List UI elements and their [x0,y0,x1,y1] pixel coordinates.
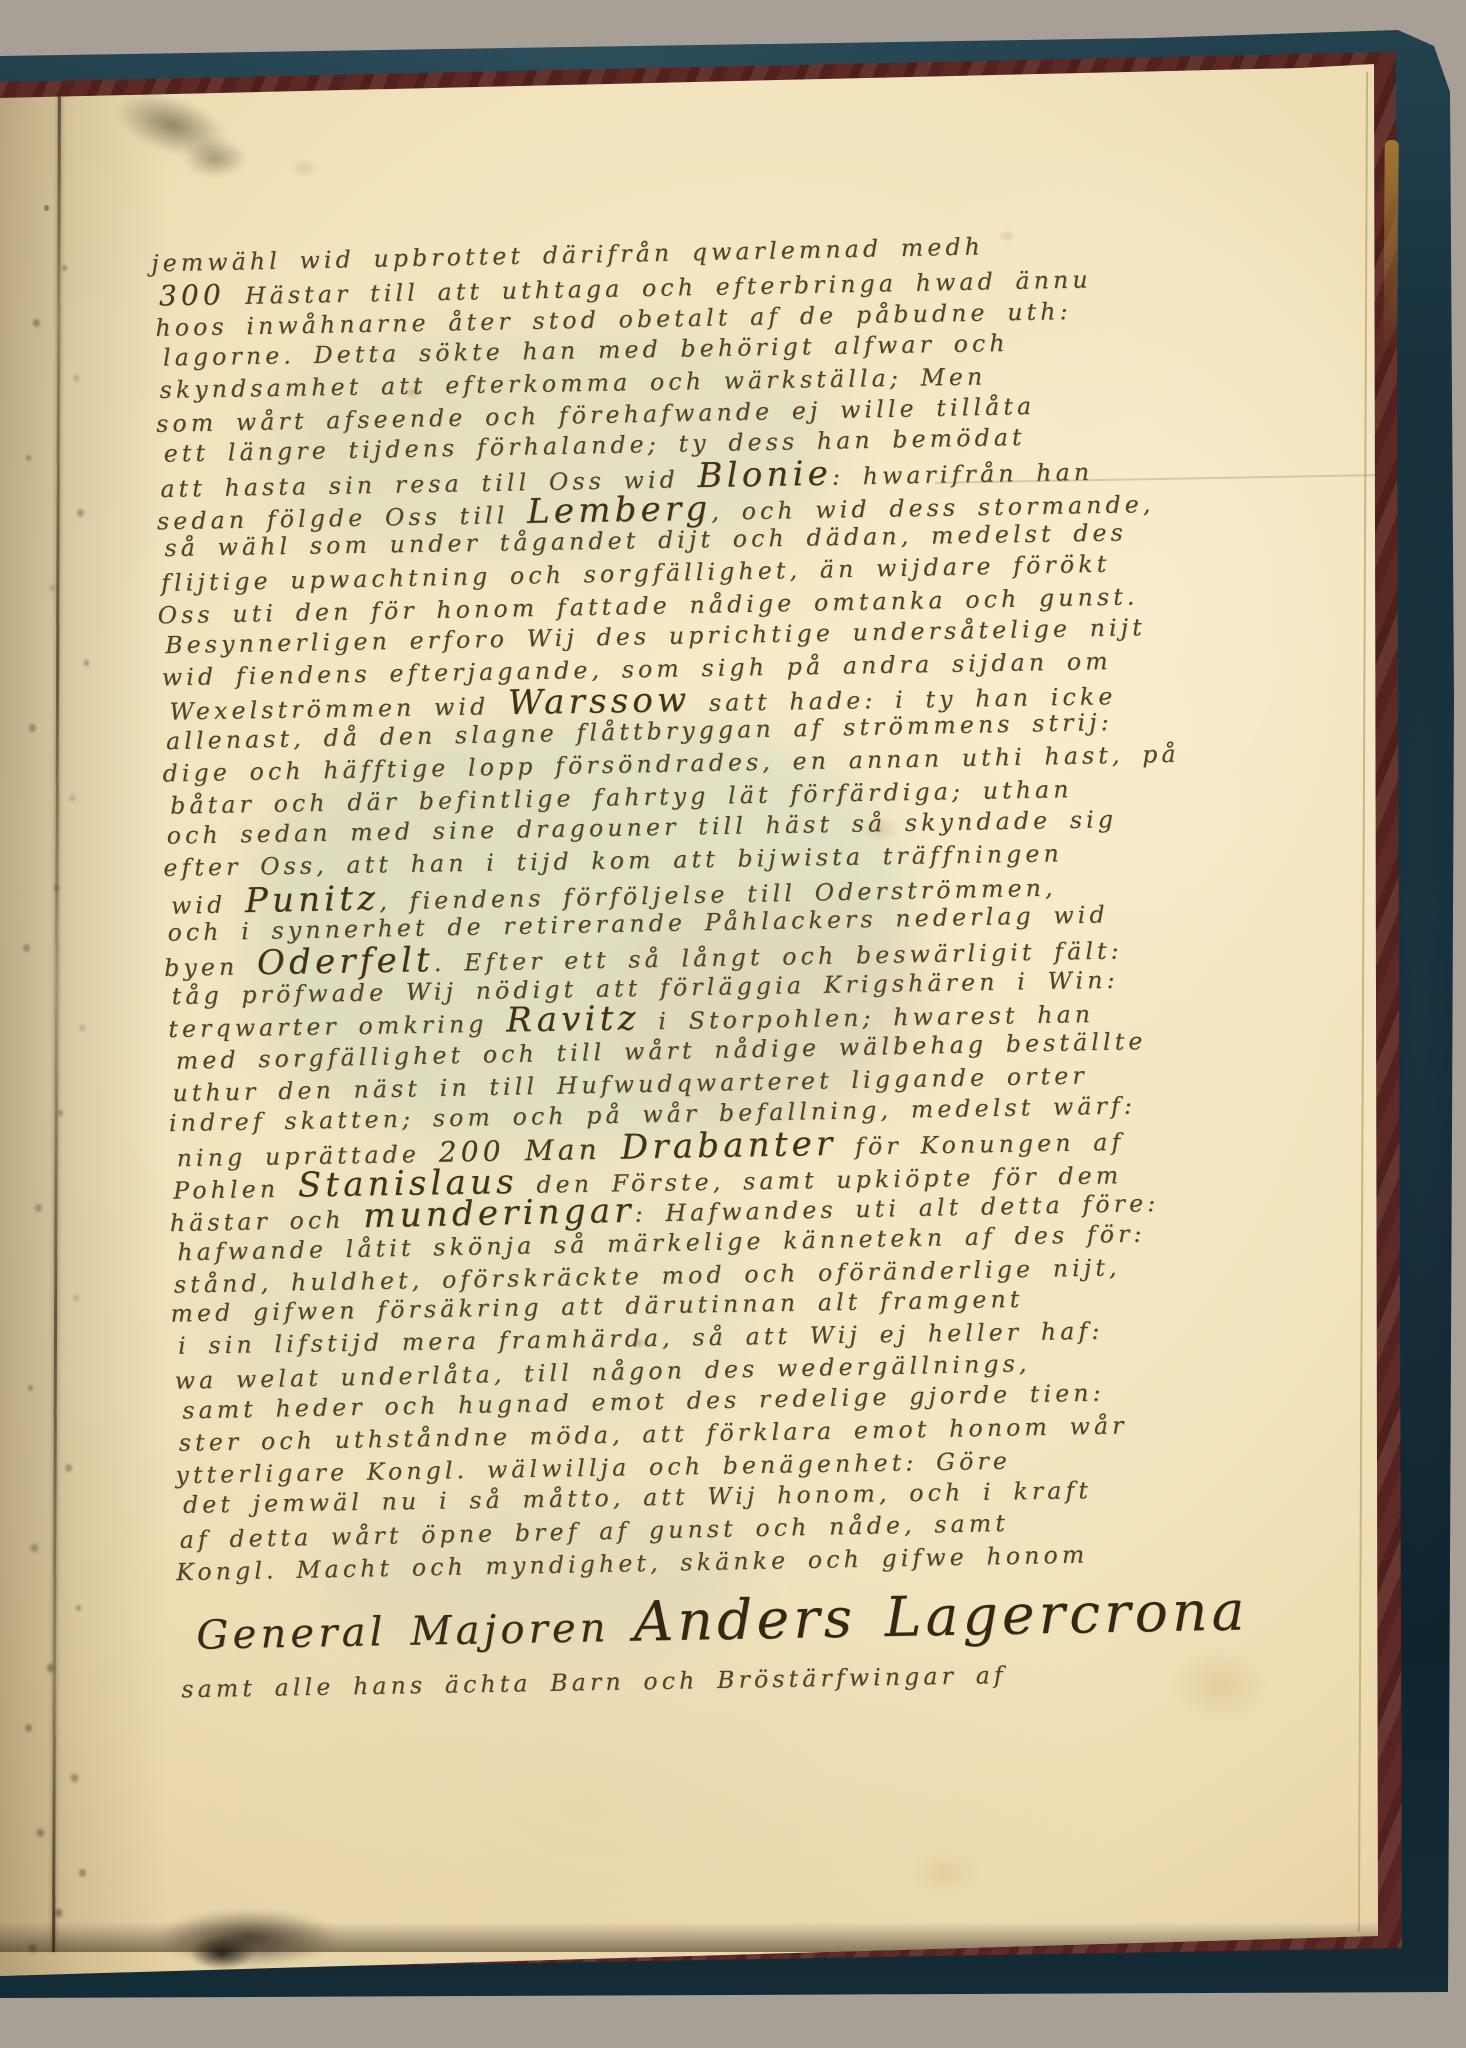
manuscript-text-segment: wid [171,890,246,920]
manuscript-emphasized-word: Anders Lagercrona [633,1579,1249,1654]
manuscript-text-segment: hästar och [170,1205,364,1237]
manuscript-text-segment: för Konungen af [836,1128,1124,1161]
manuscript-text: jemwähl wid upbrottet därifrån qwarlemna… [156,229,1193,1707]
manuscript-emphasized-word: Blonie [697,454,832,496]
manuscript-emphasized-word: General Majoren [196,1605,634,1659]
gutter-smear [170,130,260,186]
manuscript-emphasized-word: 300 [159,278,246,313]
manuscript-line: General Majoren Anders Lagercrona [184,1568,1195,1674]
manuscript-text-segment: : hwarifrån han [832,458,1094,491]
scanned-book-photo: jemwähl wid upbrottet därifrån qwarlemna… [0,0,1466,2048]
manuscript-text-segment: Pohlen [173,1174,298,1204]
age-stain [286,156,322,180]
manuscript-page: jemwähl wid upbrottet därifrån qwarlemna… [0,0,1466,2048]
manuscript-text-segment: byen [164,952,257,982]
age-stain [900,1846,990,1898]
binding-gutter-shadow [0,88,170,1978]
manuscript-emphasized-word: Drabanter [621,1124,837,1168]
manuscript-text-segment: terqwarter omkring [168,1010,506,1043]
foxing-specks [44,205,49,211]
page-edge-ochre-streak [1383,140,1399,360]
manuscript-emphasized-word: Ravitz [506,999,640,1041]
gutter-smudge [182,1932,262,1974]
